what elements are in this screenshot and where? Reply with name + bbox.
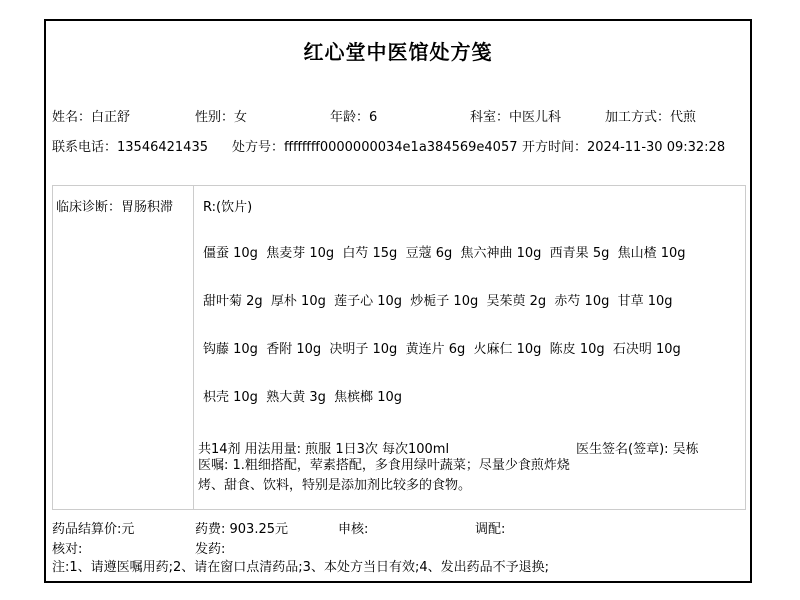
check-label: 核对: bbox=[52, 538, 82, 557]
settlement-price: 药品结算价:元 bbox=[52, 518, 134, 537]
patient-age-label: 年龄： bbox=[330, 110, 369, 125]
processing-method-label: 加工方式： bbox=[605, 110, 670, 125]
patient-age-field: 年龄：6 bbox=[330, 106, 377, 125]
herb-line: 甜叶菊 2g 厚朴 10g 莲子心 10g 炒栀子 10g 吴茱萸 2g 赤芍 … bbox=[203, 290, 741, 338]
diagnosis-label: 临床诊断： bbox=[56, 200, 121, 215]
processing-method-field: 加工方式：代煎 bbox=[605, 106, 696, 125]
prescription-time-value: 2024-11-30 09:32:28 bbox=[587, 140, 725, 155]
processing-method-value: 代煎 bbox=[670, 110, 696, 125]
rp-header: R:(饮片) bbox=[203, 196, 252, 215]
diagnosis-value: 胃肠积滞 bbox=[121, 200, 173, 215]
department-field: 科室：中医儿科 bbox=[470, 106, 561, 125]
prescription-table: 临床诊断：胃肠积滞 R:(饮片) 僵蚕 10g 焦麦芽 10g 白芍 15g 豆… bbox=[52, 185, 746, 510]
department-label: 科室： bbox=[470, 110, 509, 125]
rx-cell: R:(饮片) 僵蚕 10g 焦麦芽 10g 白芍 15g 豆蔻 6g 焦六神曲 … bbox=[195, 186, 745, 509]
patient-name-value: 白正舒 bbox=[91, 110, 130, 125]
review-label: 申核: bbox=[338, 518, 368, 537]
herb-line: 钩藤 10g 香附 10g 决明子 10g 黄连片 6g 火麻仁 10g 陈皮 … bbox=[203, 338, 741, 386]
herb-line: 枳壳 10g 熟大黄 3g 焦槟榔 10g bbox=[203, 386, 741, 434]
prepare-label: 调配: bbox=[475, 518, 505, 537]
prescription-number-field: 处方号：ffffffff0000000034e1a384569e4057 bbox=[232, 136, 518, 155]
prescription-time-label: 开方时间： bbox=[522, 140, 587, 155]
patient-gender-label: 性别： bbox=[195, 110, 234, 125]
note-text: 注:1、请遵医嘱用药;2、请在窗口点清药品;3、本处方当日有效;4、发出药品不予… bbox=[52, 556, 549, 575]
phone-label: 联系电话： bbox=[52, 140, 117, 155]
prescription-number-value: ffffffff0000000034e1a384569e4057 bbox=[284, 140, 517, 155]
page-title: 红心堂中医馆处方笺 bbox=[46, 36, 750, 65]
herb-line: 僵蚕 10g 焦麦芽 10g 白芍 15g 豆蔻 6g 焦六神曲 10g 西青果… bbox=[203, 242, 741, 290]
phone-field: 联系电话：13546421435 bbox=[52, 136, 208, 155]
patient-gender-value: 女 bbox=[234, 110, 247, 125]
patient-name-field: 姓名：白正舒 bbox=[52, 106, 130, 125]
advice-text: 医嘱: 1.粗细搭配，荤素搭配，多食用绿叶蔬菜；尽量少食煎炸烧烤、甜食、饮料，特… bbox=[198, 456, 586, 496]
dispense-label: 发药: bbox=[195, 538, 225, 557]
prescription-form: 红心堂中医馆处方笺 姓名：白正舒 性别：女 年龄：6 科室：中医儿科 加工方式：… bbox=[44, 19, 752, 583]
doctor-signature: 医生签名(签章): 吴栋 bbox=[576, 438, 699, 457]
prescription-time-field: 开方时间：2024-11-30 09:32:28 bbox=[522, 136, 725, 155]
usage-line: 共14剂 用法用量: 煎服 1日3次 每次100ml bbox=[198, 438, 449, 457]
department-value: 中医儿科 bbox=[509, 110, 561, 125]
patient-gender-field: 性别：女 bbox=[195, 106, 247, 125]
herb-lines: 僵蚕 10g 焦麦芽 10g 白芍 15g 豆蔻 6g 焦六神曲 10g 西青果… bbox=[203, 242, 741, 434]
diagnosis-cell: 临床诊断：胃肠积滞 bbox=[53, 186, 194, 509]
phone-value: 13546421435 bbox=[117, 140, 208, 155]
patient-age-value: 6 bbox=[369, 110, 377, 125]
prescription-page: 红心堂中医馆处方笺 姓名：白正舒 性别：女 年龄：6 科室：中医儿科 加工方式：… bbox=[0, 0, 800, 600]
patient-name-label: 姓名： bbox=[52, 110, 91, 125]
prescription-number-label: 处方号： bbox=[232, 140, 284, 155]
medicine-fee: 药费: 903.25元 bbox=[195, 518, 288, 537]
